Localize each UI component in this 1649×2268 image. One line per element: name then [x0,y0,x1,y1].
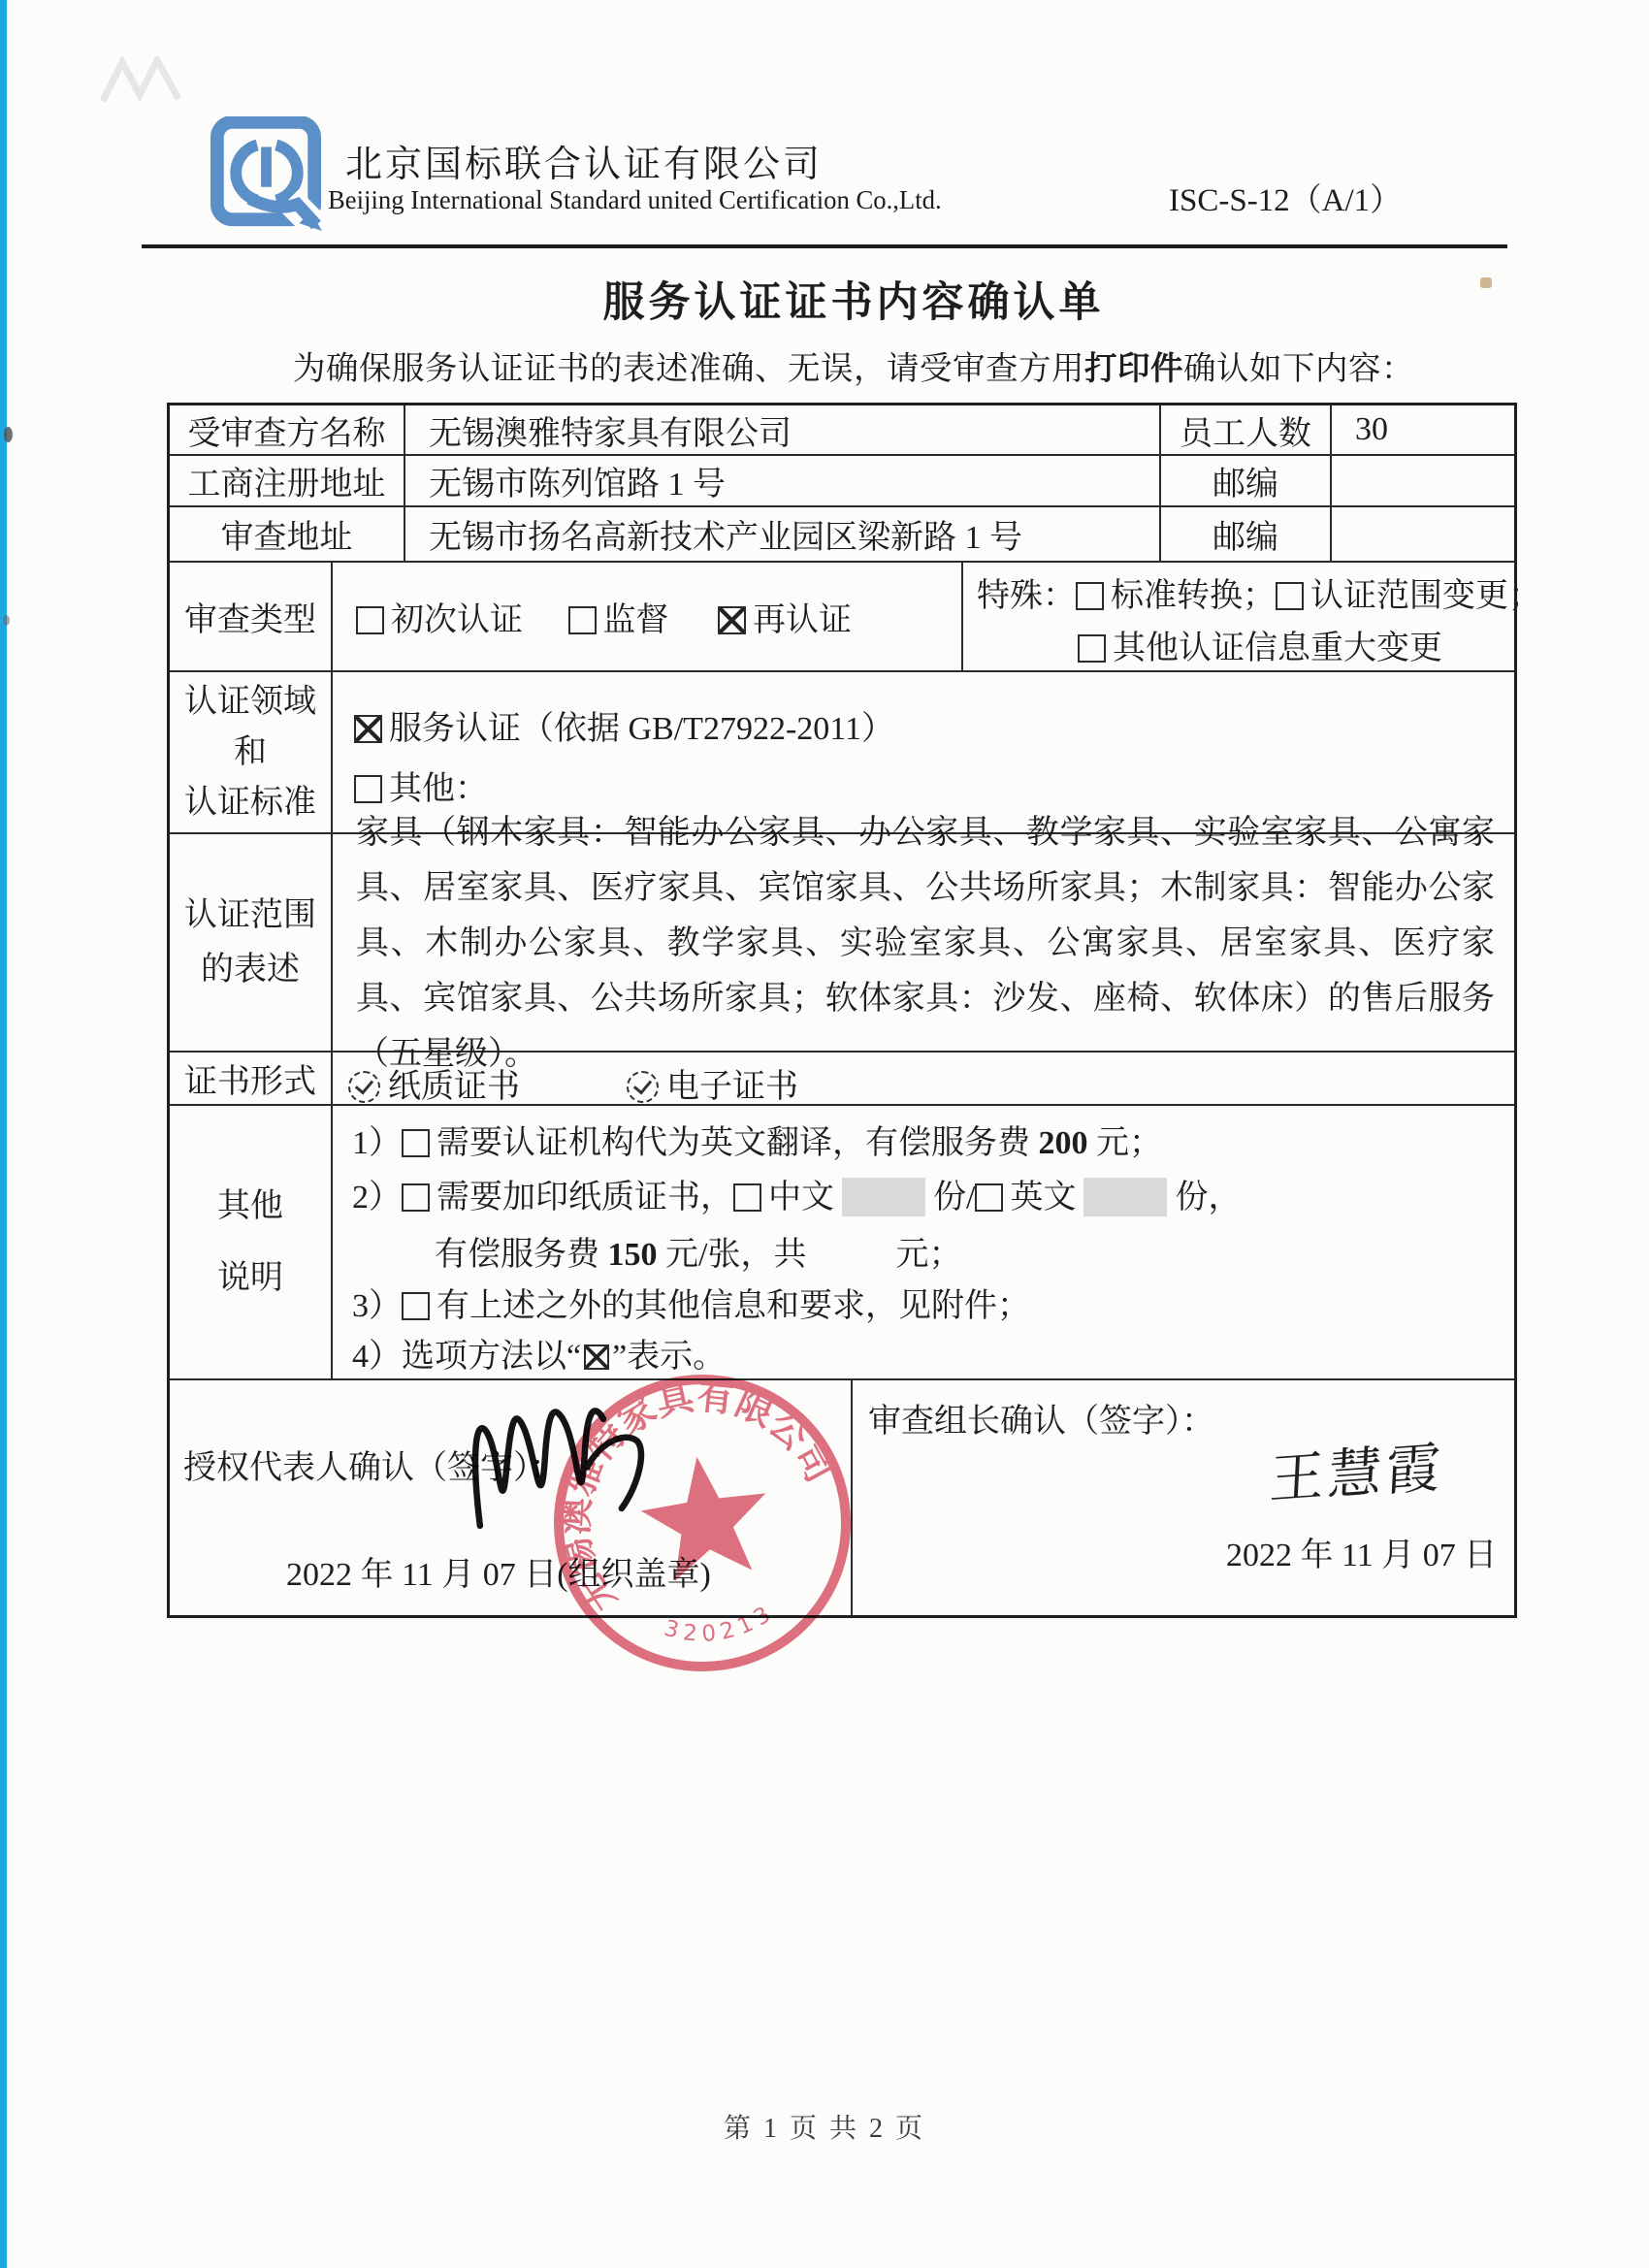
other-notes-label-line1: 其他 [217,1171,283,1243]
note-item-3: 3）有上述之外的其他信息和要求，见附件； [352,1279,1030,1326]
note-2b-text-mid: 元/张，共 [658,1237,807,1273]
registered-address-value: 无锡市陈列馆路 1 号 [405,456,1161,507]
certification-company-logo [210,116,324,231]
cert-scope-label: 认证范围的表述 [170,834,333,1053]
scanned-form-page: 北京国标联合认证有限公司 Beijing International Stand… [0,0,1649,2268]
checkbox-scope-change-unchecked [1276,582,1304,610]
note-2-english-label: 英文 [1010,1180,1076,1215]
cert-field-label: 认证领域和认证标准 [170,672,333,834]
intro-text: 为确保服务认证证书的表述准确、无误，请受审查方用打印件确认如下内容： [293,341,1414,389]
option-standard-transfer: 标准转换； [1111,578,1276,614]
cert-scope-label-line1: 认证范围 [184,889,316,943]
option-electronic-cert: 电子证书 [666,1069,798,1105]
postcode-value-2 [1332,507,1514,563]
note-2-chinese-label: 中文 [768,1180,834,1215]
employee-count-label: 员工人数 [1161,405,1332,456]
other-notes-label: 其他说明 [170,1106,333,1380]
note-3-text: 有上述之外的其他信息和要求，见附件； [436,1288,1030,1324]
note-1-text-end: 元； [1088,1125,1163,1161]
option-initial-cert: 初次认证 [391,602,523,638]
postcode-value-1 [1332,456,1514,507]
header-divider-line [142,244,1507,248]
cert-form-options: 纸质证书 电子证书 [333,1053,1514,1106]
scan-speck [3,615,10,626]
circle-check-electronic-cert-icon [627,1071,659,1103]
note-item-2: 2）需要加印纸质证书，中文份/英文份， [352,1170,1241,1217]
other-notes-cell: 1）需要认证机构代为英文翻译，有偿服务费 200 元； 2）需要加印纸质证书，中… [333,1106,1514,1380]
option-service-cert: 服务认证（依据 GB/T27922-2011） [389,711,894,747]
note-2-text-end: 份， [1175,1180,1241,1215]
note-2b-text: 有偿服务费 [435,1237,608,1273]
scan-smudge [97,56,184,107]
audit-leader-label: 审查组长确认（签字）： [868,1394,1214,1442]
scan-speck [4,427,13,442]
cert-field-label-line3: 认证标准 [184,778,316,828]
checkbox-standard-transfer-unchecked [1076,582,1104,610]
note-3-number: 3） [352,1288,402,1324]
postcode-label-1: 邮编 [1161,456,1332,507]
audit-leader-signature: 王慧霞 [1268,1424,1446,1514]
header-company-name-cn: 北京国标联合认证有限公司 [345,134,823,187]
row3-label: 审查地址 [170,507,405,563]
note-2-number: 2） [352,1180,402,1215]
audit-leader-cell: 审查组长确认（签字）： 王慧霞 2022 年 11 月 07 日 [853,1380,1514,1615]
cert-scope-text-cell: 家具（钢木家具：智能办公家具、办公家具、教学家具、实验室家具、公寓家具、居室家具… [333,834,1514,1053]
checkbox-chinese-copies-unchecked [733,1183,761,1212]
special-label: 特殊： [977,578,1076,614]
note-item-2b: 有偿服务费 150 元/张，共元； [435,1227,961,1275]
intro-prefix: 为确保服务认证证书的表述准确、无误，请受审查方用 [293,351,1084,387]
checkbox-service-cert-checked [354,715,382,743]
checkbox-surveillance-unchecked [568,606,597,634]
checkbox-initial-cert-unchecked [356,606,384,634]
intro-bold-print-copy: 打印件 [1084,351,1183,387]
note-2b-fee: 150 [608,1237,658,1273]
option-recertification: 再认证 [753,602,852,638]
note-1-fee: 200 [1039,1125,1088,1161]
chinese-copies-blank-field [842,1178,925,1216]
postcode-label-2: 邮编 [1161,507,1332,563]
checkbox-recertification-checked [718,606,746,634]
audit-type-options: 初次认证 监督 再认证 [333,563,963,672]
checkbox-english-translation-unchecked [402,1129,430,1157]
header-company-name-en: Beijing International Standard united Ce… [328,184,942,215]
audit-type-label: 审查类型 [170,563,333,672]
auditee-name-value: 无锡澳雅特家具有限公司 [405,405,1161,456]
audit-address-value: 无锡市扬名高新技术产业园区梁新路 1 号 [405,507,1161,563]
note-item-1: 1）需要认证机构代为英文翻译，有偿服务费 200 元； [352,1116,1162,1163]
intro-suffix: 确认如下内容： [1183,351,1414,387]
note-4-number: 4） [352,1339,402,1375]
note-2-text: 需要加印纸质证书， [436,1180,733,1215]
option-surveillance: 监督 [603,602,669,638]
cert-field-label-line1: 认证领域 [184,677,316,728]
audit-type-special: 特殊：标准转换；认证范围变更； 其他认证信息重大变更 [963,563,1514,672]
option-other-standard: 其他： [389,771,488,807]
option-paper-cert: 纸质证书 [388,1069,520,1105]
scanner-edge-strip [0,0,7,2268]
note-1-text: 需要认证机构代为英文翻译，有偿服务费 [436,1125,1039,1161]
english-copies-blank-field [1083,1178,1167,1216]
document-title: 服务认证证书内容确认单 [175,270,1533,329]
page-number-footer: 第 1 页 共 2 页 [0,2107,1649,2146]
cert-form-label: 证书形式 [170,1053,333,1106]
note-2b-text-end: 元； [895,1237,961,1273]
form-code: ISC-S-12（A/1） [1169,175,1402,220]
checkbox-english-copies-unchecked [975,1183,1003,1212]
option-other-major-change: 其他认证信息重大变更 [1113,631,1442,666]
employee-count-value: 30 [1332,405,1514,456]
note-2-copies-slash: 份/ [933,1180,975,1215]
other-notes-label-line2: 说明 [217,1243,283,1314]
cert-scope-text: 家具（钢木家具：智能办公家具、办公家具、教学家具、实验室家具、公寓家具、居室家具… [333,803,1514,1082]
checkbox-extra-paper-cert-unchecked [402,1183,430,1212]
cert-scope-label-line2: 的表述 [184,943,316,997]
audit-leader-date: 2022 年 11 月 07 日 [1226,1528,1497,1575]
checkbox-other-info-unchecked [402,1292,430,1320]
row1-label: 受审查方名称 [170,405,405,456]
authorized-rep-handwritten-signature [438,1360,671,1559]
note-1-number: 1） [352,1125,402,1161]
row2-label: 工商注册地址 [170,456,405,507]
checkbox-other-standard-unchecked [354,775,382,803]
cert-field-label-line2: 和 [184,728,316,778]
checkbox-other-major-change-unchecked [1078,634,1106,663]
option-scope-change: 认证范围变更； [1310,578,1541,614]
circle-check-paper-cert-icon [348,1071,380,1103]
